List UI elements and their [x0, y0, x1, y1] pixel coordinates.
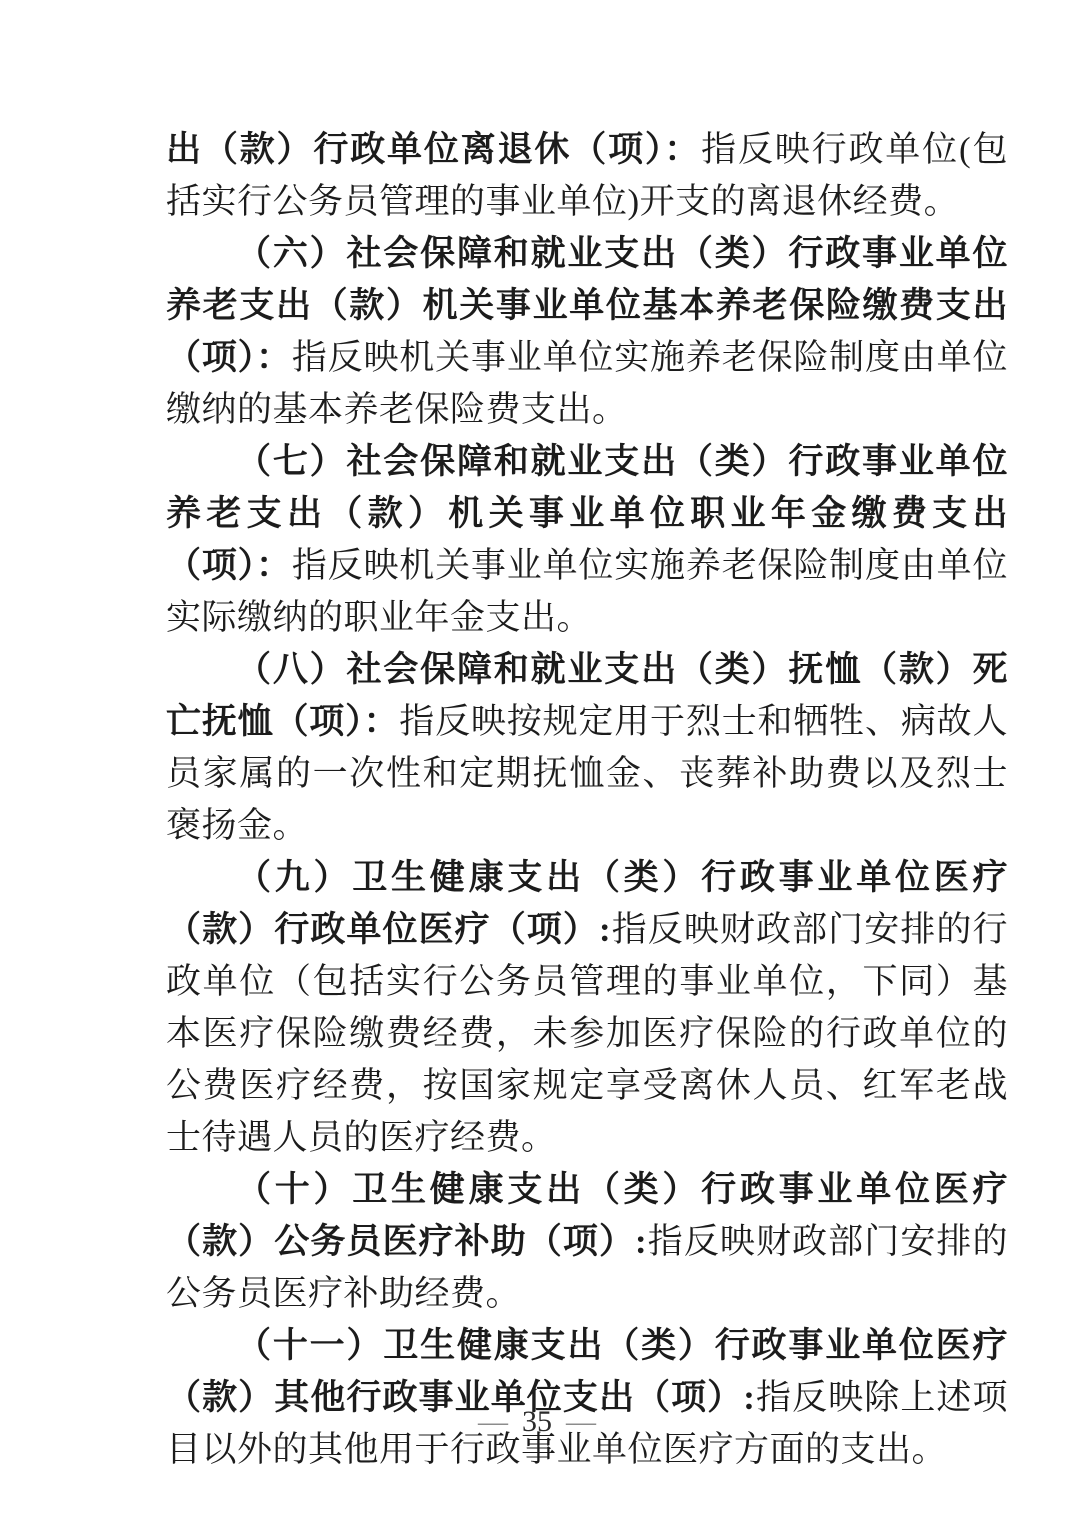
footer-left-dash: —: [464, 1405, 522, 1438]
document-page: 出（款）行政单位离退休（项）：指反映行政单位(包括实行公务员管理的事业单位)开支…: [0, 0, 1074, 1520]
paragraph-item-7: （七）社会保障和就业支出（类）行政事业单位养老支出（款）机关事业单位职业年金缴费…: [166, 436, 1008, 644]
paragraph-item-11: （十一）卫生健康支出（类）行政事业单位医疗（款）其他行政事业单位支出（项）:指反…: [166, 1320, 1008, 1476]
budget-item-label: 出（款）行政单位离退休（项）：: [166, 130, 701, 169]
budget-item-description: 指反映机关事业单位实施养老保险制度由单位实际缴纳的职业年金支出。: [166, 546, 1008, 637]
paragraph-item-6: （六）社会保障和就业支出（类）行政事业单位养老支出（款）机关事业单位基本养老保险…: [166, 228, 1008, 436]
paragraph-item-10: （十）卫生健康支出（类）行政事业单位医疗（款）公务员医疗补助（项）:指反映财政部…: [166, 1164, 1008, 1320]
paragraph-continuation: 出（款）行政单位离退休（项）：指反映行政单位(包括实行公务员管理的事业单位)开支…: [166, 124, 1008, 228]
footer-right-dash: —: [552, 1405, 610, 1438]
page-body-text: 出（款）行政单位离退休（项）：指反映行政单位(包括实行公务员管理的事业单位)开支…: [166, 124, 1008, 1476]
page-footer: —35—: [0, 1402, 1074, 1442]
page-number: 35: [522, 1405, 552, 1438]
paragraph-item-9: （九）卫生健康支出（类）行政事业单位医疗（款）行政单位医疗（项）:指反映财政部门…: [166, 852, 1008, 1164]
budget-item-description: 指反映机关事业单位实施养老保险制度由单位缴纳的基本养老保险费支出。: [166, 338, 1008, 429]
paragraph-item-8: （八）社会保障和就业支出（类）抚恤（款）死亡抚恤（项）：指反映按规定用于烈士和牺…: [166, 644, 1008, 852]
